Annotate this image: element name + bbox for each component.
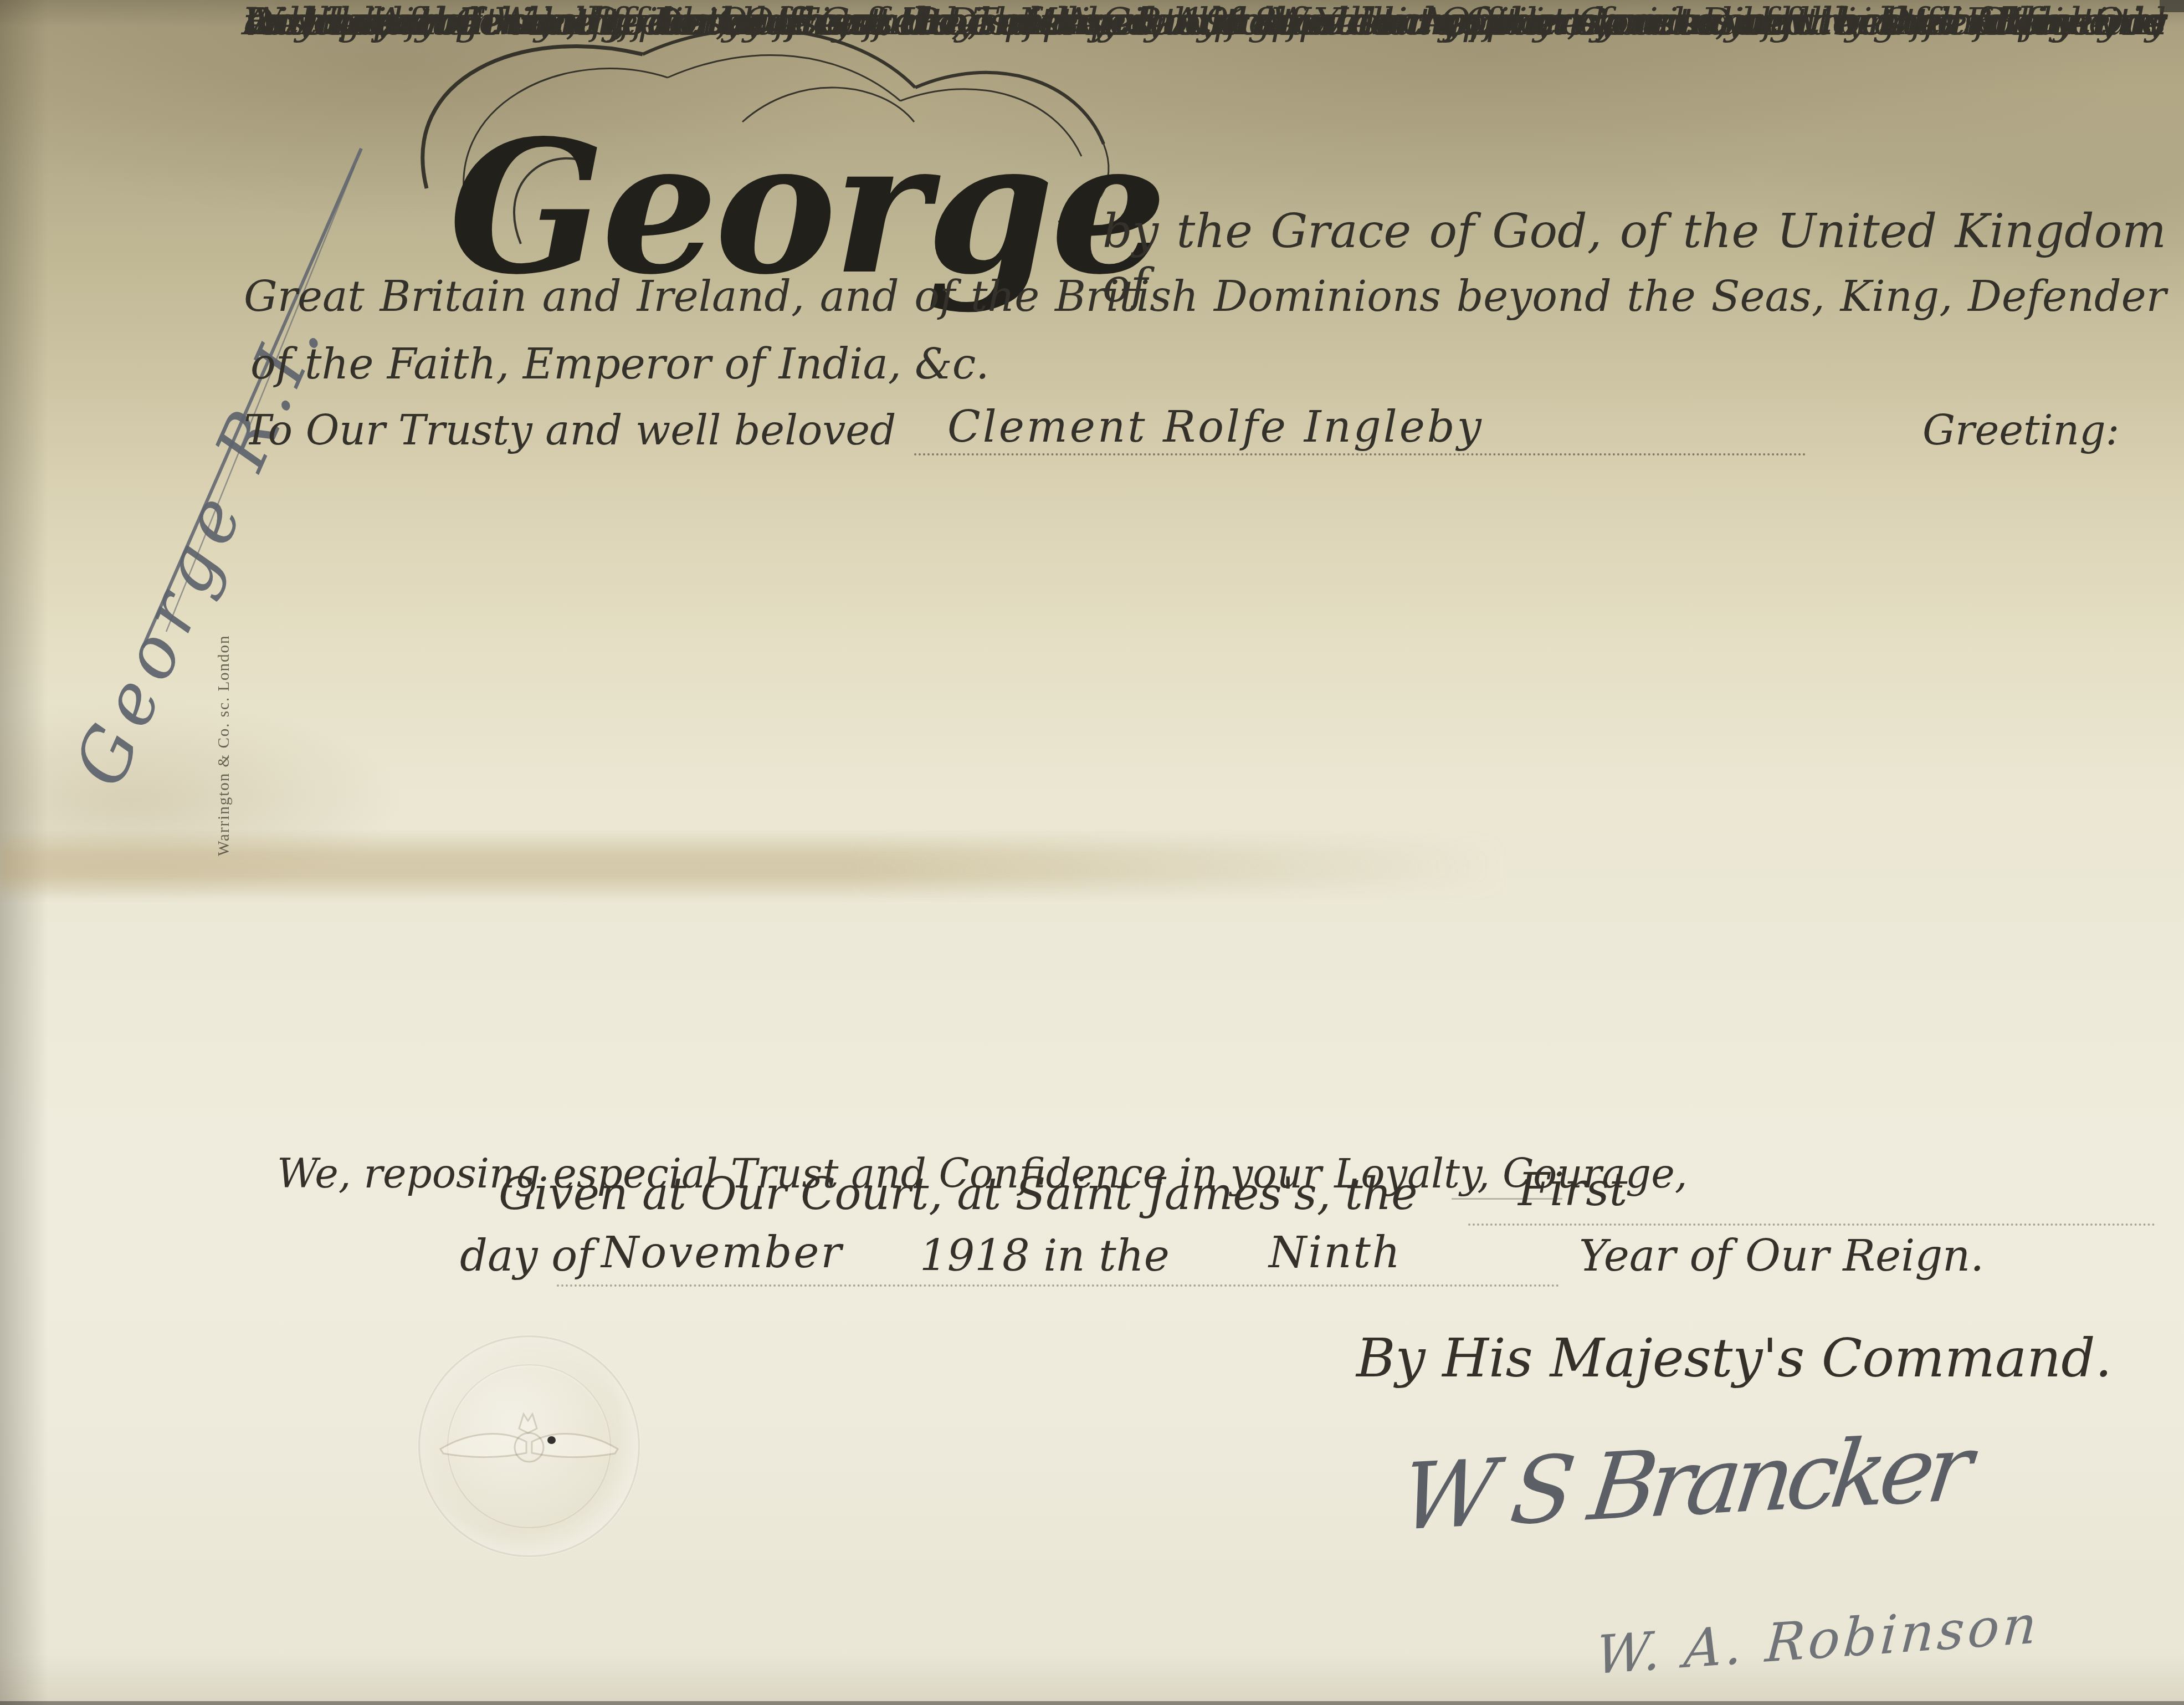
date-suffix: Year of Our Reign. bbox=[1579, 1231, 1984, 1281]
scan-artifact bbox=[2160, 0, 2184, 12]
salutation-suffix: Greeting: bbox=[1922, 407, 2119, 454]
date-regnal: Ninth bbox=[1269, 1228, 1402, 1278]
scan-bottom-edge bbox=[0, 1701, 2184, 1705]
date-mid: 1918 in the bbox=[920, 1231, 1170, 1281]
commission-document: George R.I. George by the Grace of God, … bbox=[0, 0, 2184, 1705]
given-prefix: Given at Our Court, at Saint James's, th… bbox=[499, 1168, 1418, 1220]
recipient-name: Clement Rolfe Ingleby bbox=[947, 402, 1484, 452]
embossed-seal bbox=[418, 1335, 640, 1557]
line-faith: of the Faith, Emperor of India, &c. bbox=[250, 339, 989, 388]
printer-imprint: Warrington & Co. sc. London bbox=[215, 657, 233, 856]
given-day-rule bbox=[1468, 1223, 2155, 1226]
ink-speck bbox=[547, 1436, 556, 1444]
body-line: Discipline of War, in pursuance of the T… bbox=[244, 0, 2166, 44]
recipient-name-rule bbox=[914, 453, 1806, 455]
given-day: First bbox=[1518, 1164, 1627, 1216]
countersignature: W. A. Robinson bbox=[1594, 1594, 2042, 1687]
line-dominions: Great Britain and Ireland, and of the Br… bbox=[244, 272, 2166, 321]
command-line: By His Majesty's Command. bbox=[1319, 1327, 2150, 1389]
command-signature: W S Brancker bbox=[1396, 1415, 1972, 1552]
date-rule bbox=[557, 1284, 1560, 1287]
date-day-of: day of bbox=[460, 1231, 593, 1281]
seal-wings-crown-motif bbox=[418, 1335, 640, 1557]
salutation-prefix: To Our Trusty and well beloved bbox=[244, 407, 896, 454]
date-month: November bbox=[601, 1228, 843, 1278]
